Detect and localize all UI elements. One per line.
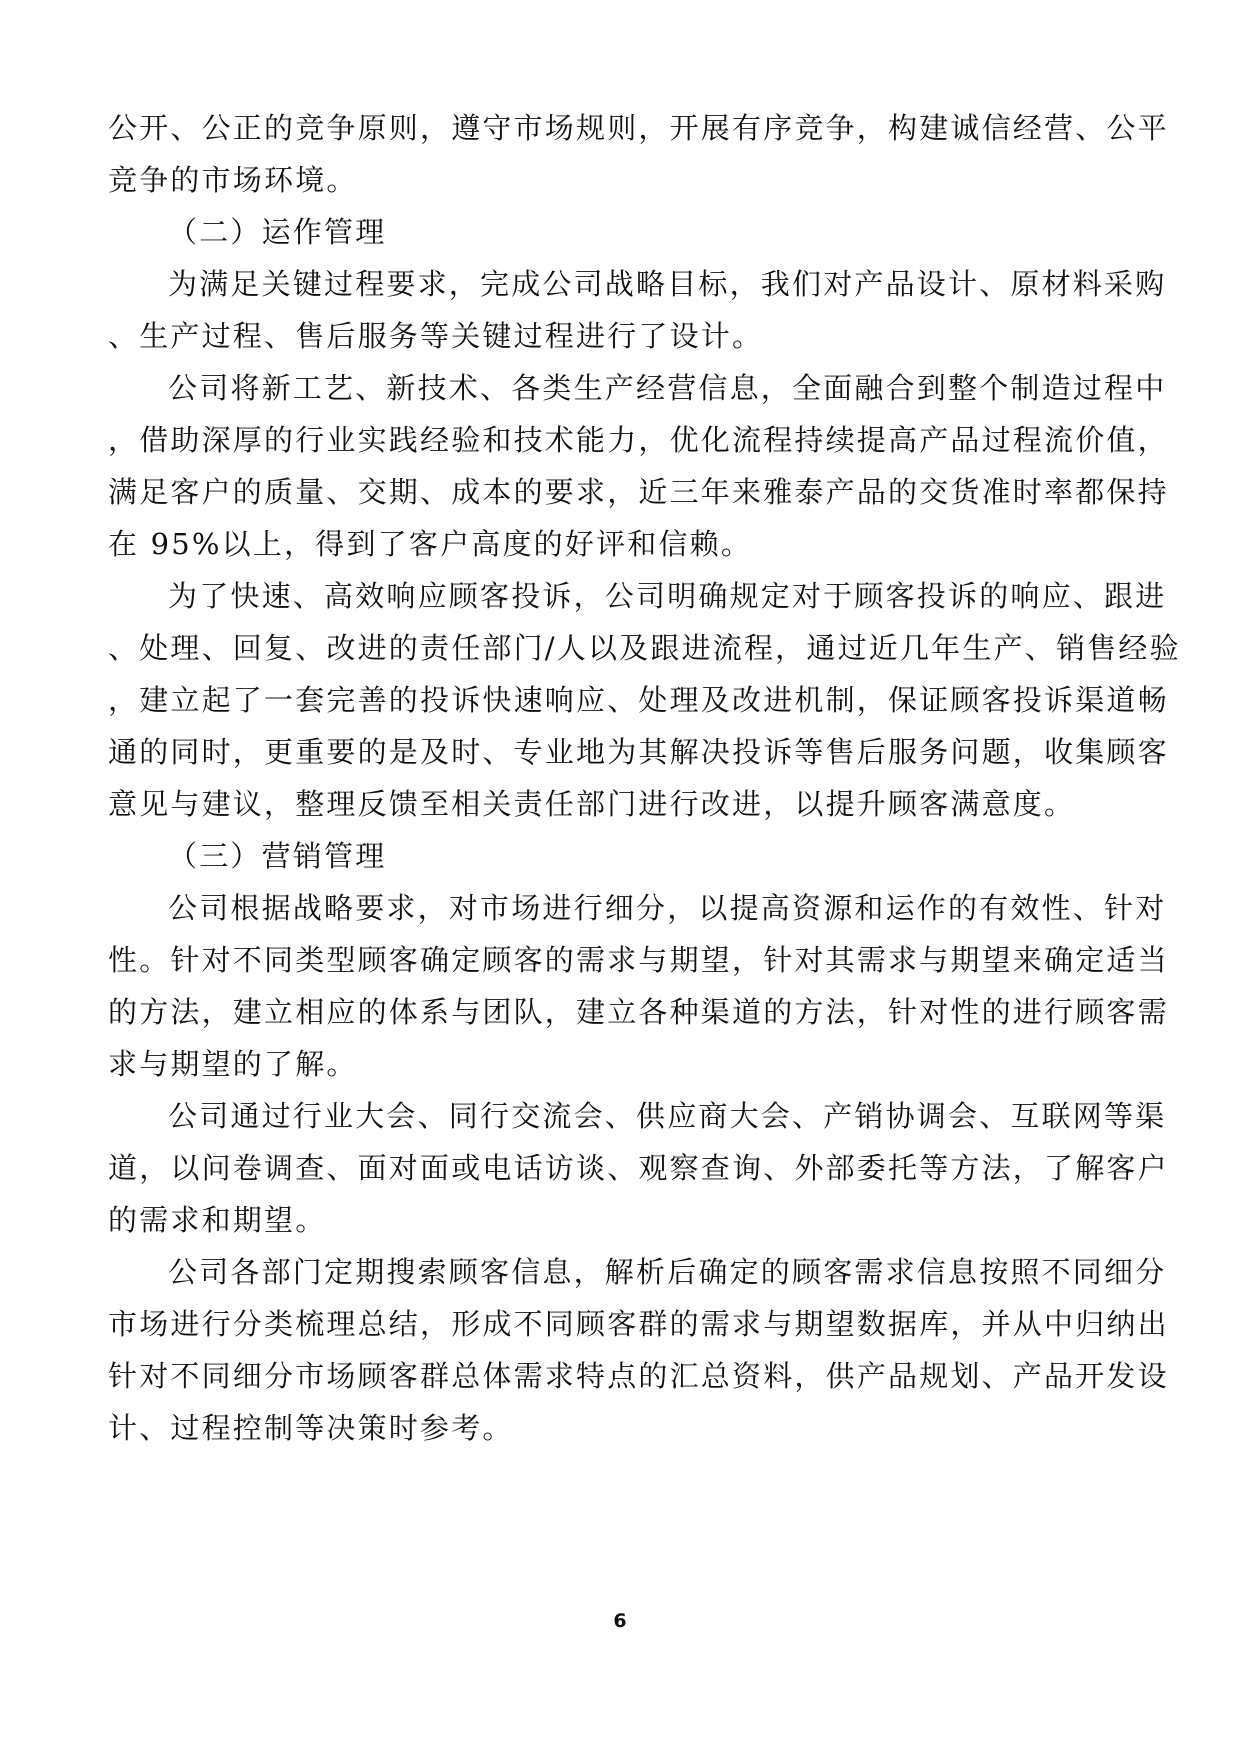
body-line: 、生产过程、售后服务等关键过程进行了设计。	[108, 316, 763, 368]
body-line: ，建立起了一套完善的投诉快速响应、处理及改进机制，保证顾客投诉渠道畅	[108, 680, 1169, 732]
body-line: 在 95%以上，得到了客户高度的好评和信赖。	[108, 524, 752, 576]
section-heading-marketing: （三）营销管理	[108, 836, 386, 888]
body-line: 针对不同细分市场顾客群总体需求特点的汇总资料，供产品规划、产品开发设	[108, 1356, 1169, 1408]
body-line: 市场进行分类梳理总结，形成不同顾客群的需求与期望数据库，并从中归纳出	[108, 1304, 1169, 1356]
body-line: 性。针对不同类型顾客确定顾客的需求与期望，针对其需求与期望来确定适当	[108, 940, 1169, 992]
body-line: 计、过程控制等决策时参考。	[108, 1408, 514, 1460]
body-line-2: 竞争的市场环境。	[108, 160, 358, 212]
paragraph-start-line: 公司将新工艺、新技术、各类生产经营信息，全面融合到整个制造过程中	[108, 368, 1166, 420]
body-line: 的方法，建立相应的体系与团队，建立各种渠道的方法，针对性的进行顾客需	[108, 992, 1169, 1044]
paragraph-start-line: 为了快速、高效响应顾客投诉，公司明确规定对于顾客投诉的响应、跟进	[108, 576, 1166, 628]
page-number: 6	[0, 1610, 1240, 1632]
paragraph-start-line: 公司各部门定期搜索顾客信息，解析后确定的顾客需求信息按照不同细分	[108, 1252, 1166, 1304]
paragraph-start-line: 公司根据战略要求，对市场进行细分，以提高资源和运作的有效性、针对	[108, 888, 1166, 940]
body-line: 通的同时，更重要的是及时、专业地为其解决投诉等售后服务问题，收集顾客	[108, 732, 1169, 784]
body-line-1: 公开、公正的竞争原则，遵守市场规则，开展有序竞争，构建诚信经营、公平	[108, 108, 1169, 160]
body-line: ，借助深厚的行业实践经验和技术能力，优化流程持续提高产品过程流价值，	[108, 420, 1169, 472]
body-line: 道，以问卷调查、面对面或电话访谈、观察查询、外部委托等方法，了解客户	[108, 1148, 1169, 1200]
paragraph-start-line: 公司通过行业大会、同行交流会、供应商大会、产销协调会、互联网等渠	[108, 1096, 1166, 1148]
body-line: 求与期望的了解。	[108, 1044, 358, 1096]
paragraph-start-line: 为满足关键过程要求，完成公司战略目标，我们对产品设计、原材料采购	[108, 264, 1166, 316]
body-line: 的需求和期望。	[108, 1200, 326, 1252]
body-line: 意见与建议，整理反馈至相关责任部门进行改进，以提升顾客满意度。	[108, 784, 1075, 836]
body-line: 、处理、回复、改进的责任部门/人以及跟进流程，通过近几年生产、销售经验	[108, 628, 1181, 680]
section-heading-operations: （二）运作管理	[108, 212, 386, 264]
body-line: 满足客户的质量、交期、成本的要求，近三年来雅泰产品的交货准时率都保持	[108, 472, 1169, 524]
